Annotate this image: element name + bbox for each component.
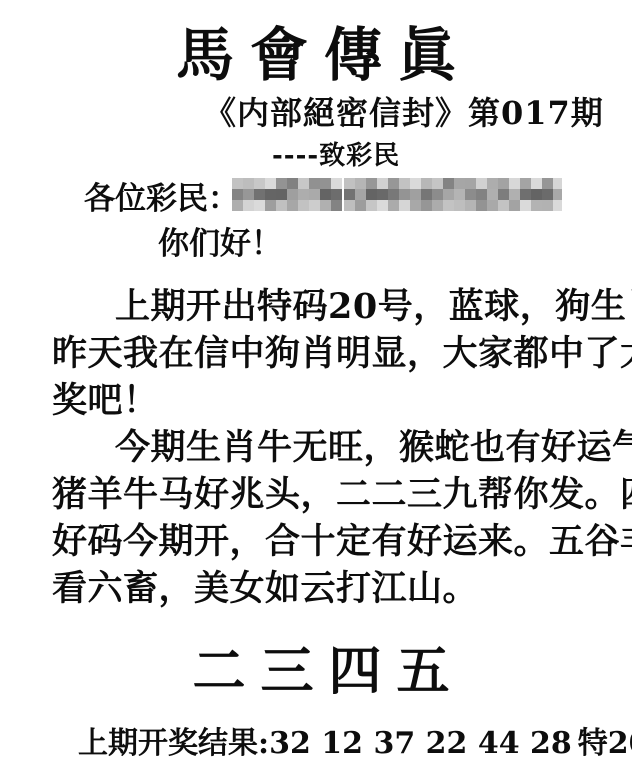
dedication-line: ----致彩民 [272,141,400,172]
pixelation-mosaic [232,177,562,212]
page-title: 馬會傳眞 [0,22,632,89]
body-line: 昨天我在信中狗肖明显，大家都中了大 [52,331,618,378]
subtitle-envelope-issue: 《内部絕密信封》第017期 [204,94,604,132]
body-line: 好码今期开，合十定有好运来。五谷丰登 [52,519,618,566]
results-label: 上期开奖结果: [78,726,269,761]
body-line: 上期开出特码20号，蓝球，狗生肖。 [52,284,632,331]
body-line: 奖吧！ [52,378,618,425]
fax-letter-page: 馬會傳眞 《内部絕密信封》第017期 ----致彩民 各位彩民： 你们好！ 上期… [0,0,632,784]
previous-draw-results: 上期开奖结果:32 12 37 22 44 28特20 [78,726,632,762]
greeting-text: 你们好！ [158,226,282,263]
body-line: 猪羊牛马好兆头，二二三九帮你发。四五 [52,472,618,519]
body-line: 今期生肖牛无旺，猴蛇也有好运气。 [52,425,632,472]
results-numbers: 32 12 37 22 44 28 [269,726,572,761]
salutation-label: 各位彩民： [84,181,239,218]
body-line: 看六畜，美女如云打江山。 [52,566,618,613]
results-special-number: 特20 [578,726,632,761]
redacted-contact-blur [232,177,562,212]
highlight-numbers: 二三四五 [0,640,632,704]
